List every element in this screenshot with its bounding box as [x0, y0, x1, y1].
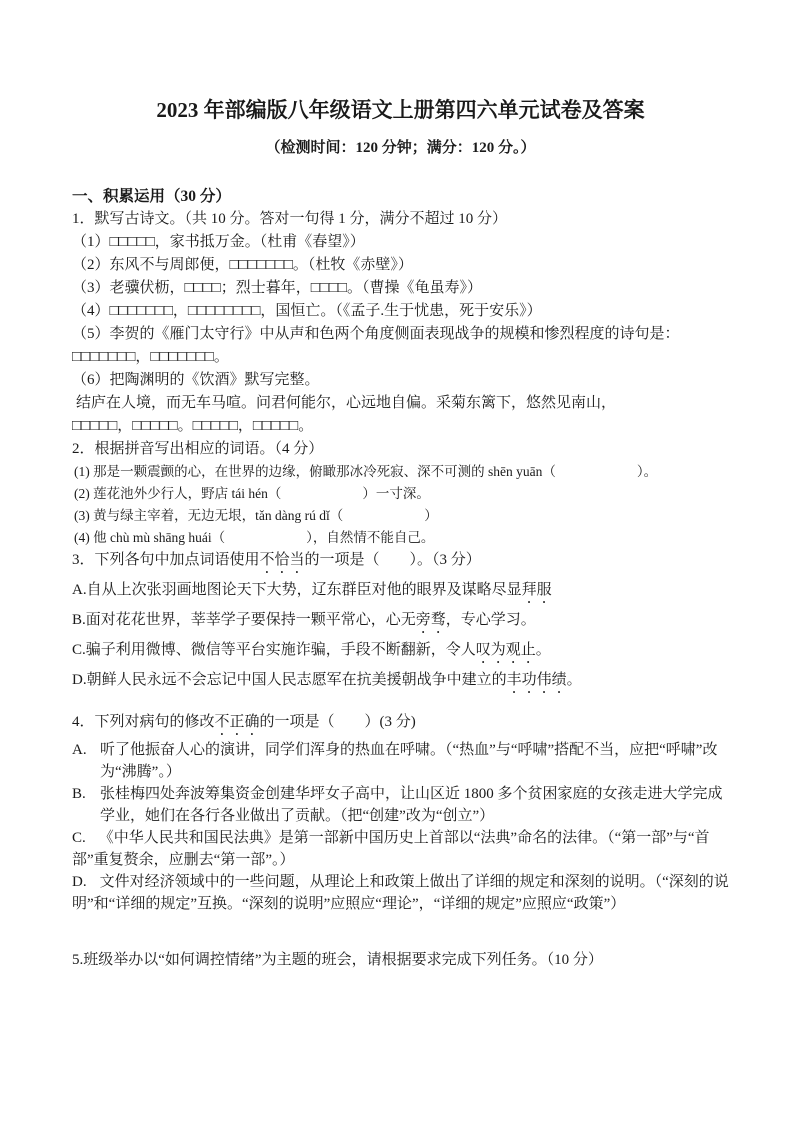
q3-option-b-tail: ，专心学习。	[446, 612, 536, 628]
q2-item-2: (2) 莲花池外少行人，野店 tái hén（ ）一寸深。	[72, 483, 729, 505]
q4-option-a: A.听了他振奋人心的演讲，同学们浑身的热血在呼啸。（“热血”与“呼啸”搭配不当，…	[72, 739, 729, 783]
q4-option-d-label: D.	[72, 874, 87, 890]
q3-option-b: B.面对花花世界，莘莘学子要保持一颗平常心，心无旁骛，专心学习。	[72, 607, 729, 637]
q3-option-c-emphasis: 叹为观止	[476, 642, 536, 658]
section-1-heading: 一、积累运用（30 分）	[72, 185, 729, 208]
q3-option-b-emphasis: 旁骛	[416, 612, 446, 628]
q3-option-d-emphasis: 丰功伟绩	[507, 672, 567, 688]
q3-stem-post: 的一项是（ ）。（3 分）	[305, 552, 481, 568]
q3-option-d: D.朝鲜人民永远不会忘记中国人民志愿军在抗美援朝战争中建立的丰功伟绩。	[72, 667, 729, 697]
q1-item-3: （3）老骥伏枥，□□□□；烈士暮年，□□□□。（曹操《龟虽寿》）	[72, 277, 729, 300]
q2-stem: 2．根据拼音写出相应的词语。（4 分）	[72, 438, 729, 461]
q4-option-d-text: 文件对经济领域中的一些问题，从理论上和政策上做出了详细的规定和深刻的说明。（“深…	[72, 874, 729, 912]
q3-option-a-emphasis: 拜服	[522, 582, 552, 598]
q1-poem-line-2: □□□□□，□□□□□。□□□□□，□□□□□。	[72, 415, 729, 438]
q4-stem-emphasis: 不正确	[215, 714, 260, 730]
q4-option-a-label: A.	[72, 739, 87, 761]
q1-item-6: （6）把陶渊明的《饮酒》默写完整。	[72, 369, 729, 392]
q1-item-2: （2）东风不与周郎便，□□□□□□□。（杜牧《赤壁》）	[72, 254, 729, 277]
q1-stem: 1．默写古诗文。（共 10 分。答对一句得 1 分，满分不超过 10 分）	[72, 208, 729, 231]
q1-item-4: （4）□□□□□□□，□□□□□□□□，国恒亡。（《孟子.生于忧患，死于安乐》）	[72, 300, 729, 323]
q2-item-1: (1) 那是一颗震颤的心，在世界的边缘，俯瞰那冰冷死寂、深不可测的 shēn y…	[72, 461, 729, 483]
q4-option-d: D.文件对经济领域中的一些问题，从理论上和政策上做出了详细的规定和深刻的说明。（…	[72, 871, 729, 915]
q4-option-b-text: 张桂梅四处奔波筹集资金创建华坪女子高中，让山区近 1800 多个贫困家庭的女孩走…	[100, 786, 723, 824]
q3-stem-emphasis: 不恰当	[260, 552, 305, 568]
q3-option-d-text: D.朝鲜人民永远不会忘记中国人民志愿军在抗美援朝战争中建立的	[72, 672, 507, 688]
q4-option-c-text: 《中华人民共和国民法典》是第一部新中国历史上首部以“法典”命名的法律。（“第一部…	[72, 830, 710, 868]
q3-option-d-tail: 。	[567, 672, 582, 688]
q4-stem: 4．下列对病句的修改不正确的一项是（ ）(3 分)	[72, 711, 729, 739]
q3-stem: 3．下列各句中加点词语使用不恰当的一项是（ ）。（3 分）	[72, 549, 729, 577]
q1-item-5: （5）李贺的《雁门太守行》中从声和色两个角度侧面表现战争的规模和惨烈程度的诗句是…	[72, 323, 729, 369]
q2-item-4: (4) 他 chù mù shāng huái（ ），自然情不能自己。	[72, 527, 729, 549]
q1-poem-line-1: 结庐在人境，而无车马喧。问君何能尔，心远地自偏。采菊东篱下，悠然见南山，	[72, 392, 729, 415]
q4-option-c: C.《中华人民共和国民法典》是第一部新中国历史上首部以“法典”命名的法律。（“第…	[72, 827, 729, 871]
q4-stem-post: 的一项是（ ）(3 分)	[260, 714, 416, 730]
q3-option-c-text: C.骗子利用微博、微信等平台实施诈骗，手段不断翻新，令人	[72, 642, 476, 658]
q3-stem-pre: 3．下列各句中加点词语使用	[72, 552, 260, 568]
q4-option-a-text: 听了他振奋人心的演讲，同学们浑身的热血在呼啸。（“热血”与“呼啸”搭配不当，应把…	[100, 742, 717, 780]
q4-option-b: B.张桂梅四处奔波筹集资金创建华坪女子高中，让山区近 1800 多个贫困家庭的女…	[72, 783, 729, 827]
q5-stem: 5.班级举办以“如何调控情绪”为主题的班会，请根据要求完成下列任务。（10 分）	[72, 949, 729, 972]
q3-option-a-text: A.自从上次张羽画地图论天下大势，辽东群臣对他的眼界及谋略尽显	[72, 582, 522, 598]
q2-item-3: (3) 黄与绿主宰着，无边无垠，tǎn dàng rú dǐ（ ）	[72, 505, 729, 527]
q4-stem-pre: 4．下列对病句的修改	[72, 714, 215, 730]
q3-option-a: A.自从上次张羽画地图论天下大势，辽东群臣对他的眼界及谋略尽显拜服	[72, 577, 729, 607]
q1-item-1: （1）□□□□□，家书抵万金。（杜甫《春望》）	[72, 231, 729, 254]
exam-info: （检测时间：120 分钟；满分：120 分。）	[72, 138, 729, 159]
q4-block: 4．下列对病句的修改不正确的一项是（ ）(3 分) A.听了他振奋人心的演讲，同…	[72, 711, 729, 915]
q4-option-b-label: B.	[72, 783, 86, 805]
exam-title: 2023 年部编版八年级语文上册第四六单元试卷及答案	[72, 96, 729, 124]
document-page: 2023 年部编版八年级语文上册第四六单元试卷及答案 （检测时间：120 分钟；…	[0, 0, 793, 1122]
q4-option-c-label: C.	[72, 830, 86, 846]
q3-option-b-text: B.面对花花世界，莘莘学子要保持一颗平常心，心无	[72, 612, 416, 628]
q3-option-c-tail: 。	[536, 642, 551, 658]
q3-option-c: C.骗子利用微博、微信等平台实施诈骗，手段不断翻新，令人叹为观止。	[72, 637, 729, 667]
